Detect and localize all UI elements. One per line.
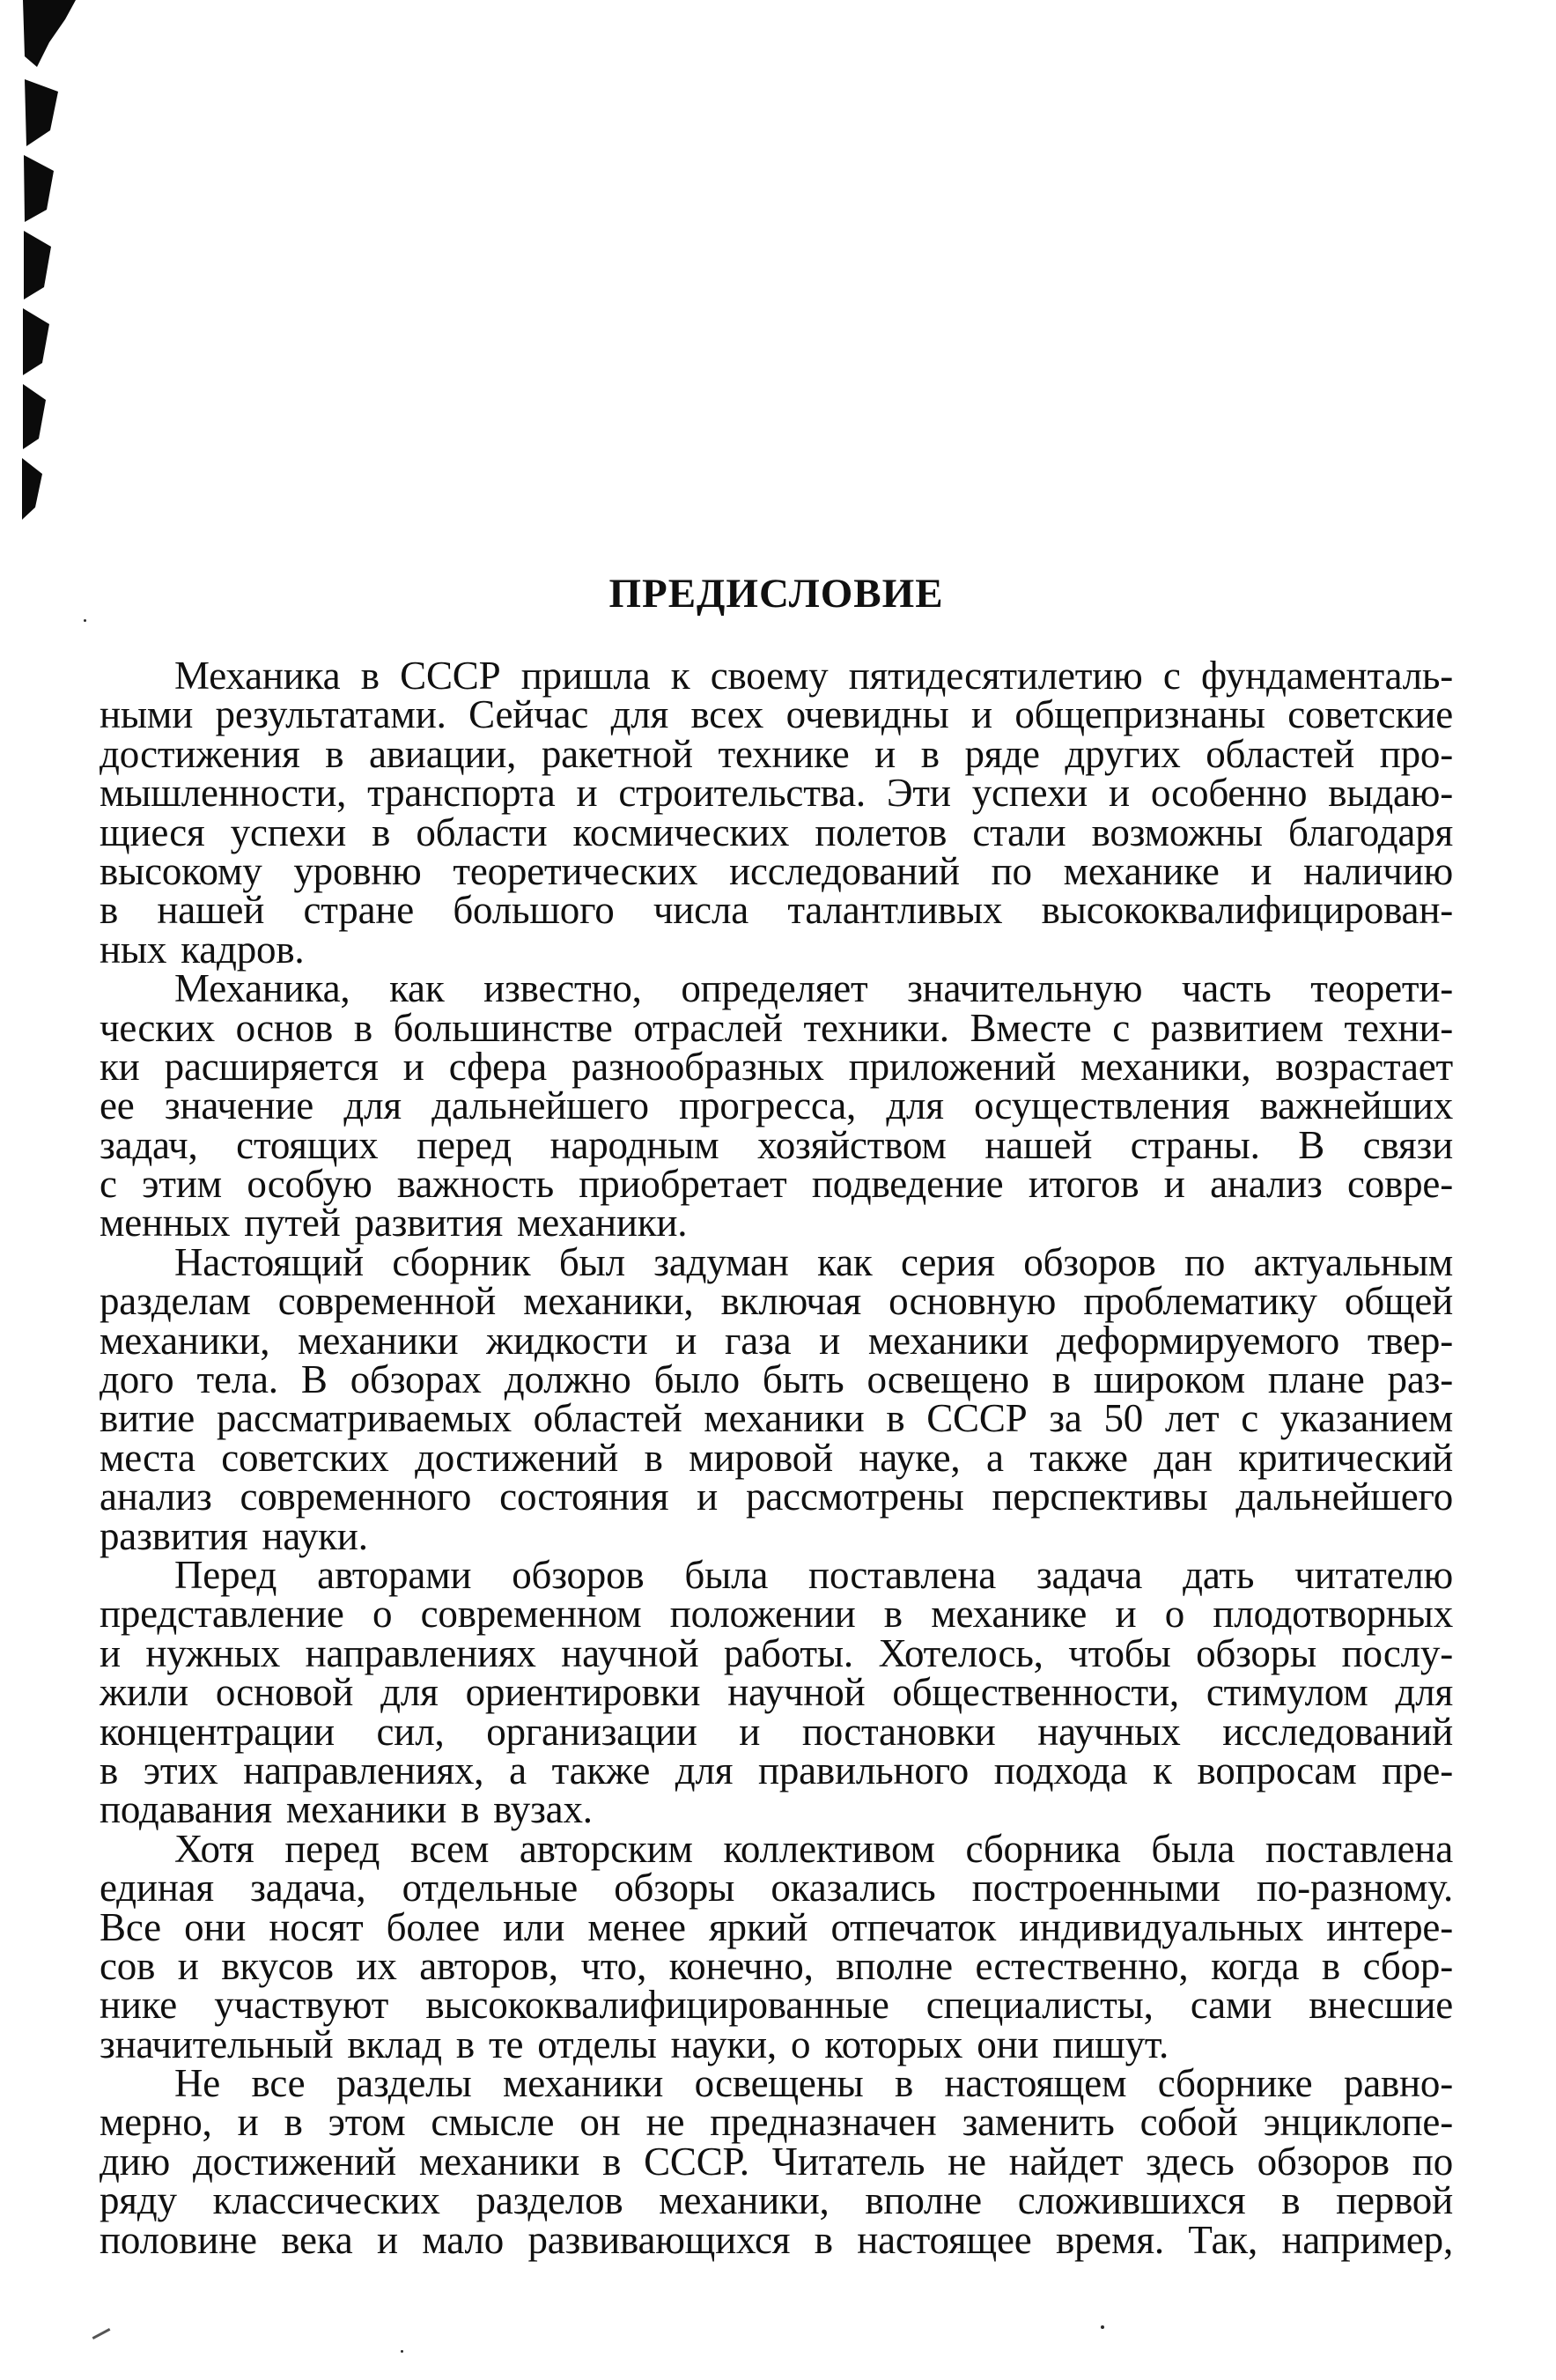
- text-line: Перед авторами обзоров была поставлена з…: [100, 1556, 1453, 1594]
- text-line: достижения в авиации, ракетной технике и…: [100, 735, 1453, 773]
- text-block: Механика в СССР пришла к своему пятидеся…: [100, 656, 1453, 2259]
- text-line: места советских достижений в мировой нау…: [100, 1438, 1453, 1477]
- paragraph: Не все разделы механики освещены в насто…: [100, 2064, 1453, 2259]
- text-line: с этим особую важность приобретает подве…: [100, 1164, 1453, 1203]
- scanned-book-page: ПРЕДИСЛОВИЕ Механика в СССР пришла к сво…: [0, 0, 1556, 2380]
- scan-speck: [401, 2350, 403, 2353]
- text-line: нике участвуют высококвалифицированные с…: [100, 1985, 1453, 2024]
- scan-dash-artifact: [92, 2328, 111, 2339]
- paragraph: Настоящий сборник был задуман как серия …: [100, 1243, 1453, 1556]
- text-line: анализ современного состояния и рассмотр…: [100, 1477, 1453, 1516]
- text-line: ряду классических разделов механики, впо…: [100, 2181, 1453, 2220]
- scan-speck: [84, 619, 86, 622]
- text-line: подавания механики в вузах.: [100, 1790, 1453, 1829]
- scan-gutter-artifact: [0, 0, 84, 546]
- text-line: Все они носят более или менее яркий отпе…: [100, 1908, 1453, 1947]
- text-line: представление о современном положении в …: [100, 1594, 1453, 1633]
- scan-speck: [1101, 2325, 1104, 2329]
- text-line: высокому уровню теоретических исследован…: [100, 852, 1453, 891]
- text-line: Хотя перед всем авторским коллективом сб…: [100, 1829, 1453, 1868]
- text-line: дию достижений механики в СССР. Читатель…: [100, 2142, 1453, 2181]
- paragraph: Механика, как известно, определяет значи…: [100, 969, 1453, 1243]
- text-line: ческих основ в большинстве отраслей техн…: [100, 1009, 1453, 1047]
- text-line: половине века и мало развивающихся в нас…: [100, 2221, 1453, 2259]
- text-line: механики, механики жидкости и газа и мех…: [100, 1321, 1453, 1360]
- text-line: развития науки.: [100, 1517, 1453, 1556]
- text-line: ее значение для дальнейшего прогресса, д…: [100, 1086, 1453, 1125]
- text-line: и нужных направлениях научной работы. Хо…: [100, 1634, 1453, 1673]
- text-line: витие рассматриваемых областей механики …: [100, 1399, 1453, 1438]
- text-line: ных кадров.: [100, 930, 1453, 969]
- text-line: Не все разделы механики освещены в насто…: [100, 2064, 1453, 2103]
- text-line: Настоящий сборник был задуман как серия …: [100, 1243, 1453, 1282]
- text-line: сов и вкусов их авторов, что, конечно, в…: [100, 1947, 1453, 1985]
- text-line: задач, стоящих перед народным хозяйством…: [100, 1126, 1453, 1164]
- text-line: Механика, как известно, определяет значи…: [100, 969, 1453, 1008]
- text-line: мышленности, транспорта и строительства.…: [100, 773, 1453, 812]
- text-line: ными результатами. Сейчас для всех очеви…: [100, 695, 1453, 734]
- paragraph: Хотя перед всем авторским коллективом сб…: [100, 1829, 1453, 2064]
- text-line: разделам современной механики, включая о…: [100, 1282, 1453, 1320]
- text-line: менных путей развития механики.: [100, 1203, 1453, 1242]
- text-line: значительный вклад в те отделы науки, о …: [100, 2025, 1453, 2064]
- text-line: в этих направлениях, а также для правиль…: [100, 1751, 1453, 1790]
- page-title: ПРЕДИСЛОВИЕ: [100, 573, 1453, 615]
- text-line: ки расширяется и сфера разнообразных при…: [100, 1047, 1453, 1086]
- text-line: жили основой для ориентировки научной об…: [100, 1673, 1453, 1711]
- text-line: дого тела. В обзорах должно было быть ос…: [100, 1360, 1453, 1399]
- text-line: в нашей стране большого числа талантливы…: [100, 891, 1453, 929]
- paragraph: Перед авторами обзоров была поставлена з…: [100, 1556, 1453, 1829]
- text-line: Механика в СССР пришла к своему пятидеся…: [100, 656, 1453, 695]
- text-line: единая задача, отдельные обзоры оказалис…: [100, 1868, 1453, 1907]
- text-line: концентрации сил, организации и постанов…: [100, 1712, 1453, 1751]
- text-line: щиеся успехи в области космических полет…: [100, 813, 1453, 852]
- text-line: мерно, и в этом смысле он не предназначе…: [100, 2103, 1453, 2141]
- paragraph: Механика в СССР пришла к своему пятидеся…: [100, 656, 1453, 969]
